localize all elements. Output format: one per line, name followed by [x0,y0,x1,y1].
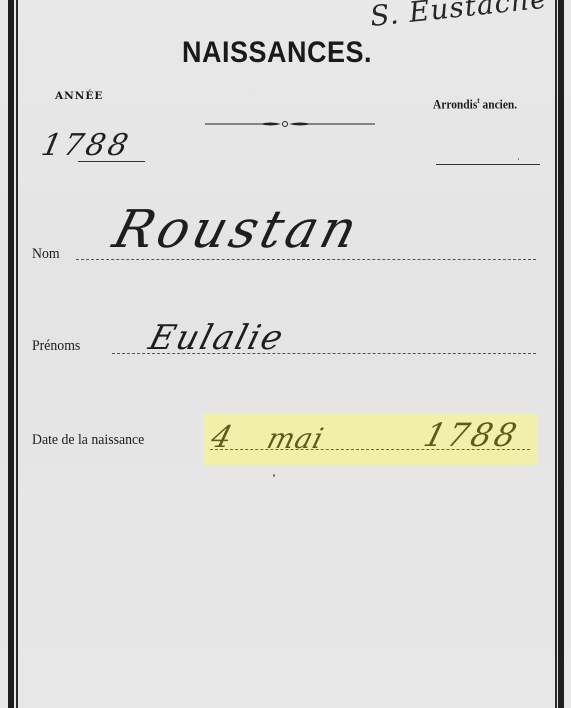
prenoms-label: Prénoms [32,338,80,355]
left-border-thin [16,0,18,708]
date-month-handwritten: mai [264,422,328,455]
left-border-thick [8,0,14,708]
arrondissement-blank-line [436,164,540,165]
page-title: NAISSANCES. [182,36,372,69]
nom-label: Nom [32,246,60,263]
arrondissement-label: Arrondist ancien. [433,96,517,112]
year-label: ANNÉE [55,90,103,102]
nom-value-handwritten: Roustan [107,200,367,260]
year-underline [78,161,145,162]
prenoms-value-handwritten: Eulalie [145,318,289,358]
paper-speck [518,158,519,160]
date-year-handwritten: 1788 [420,416,524,454]
right-border-thin [555,0,557,708]
parish-name-handwritten: S. Eustache [369,0,550,33]
birth-record-card: S. Eustache NAISSANCES. ANNÉE Arrondist … [0,0,571,708]
ornament-divider-icon [205,119,375,129]
arrondissement-label-text: Arrondis [433,96,477,111]
arrondissement-label-suffix: ancien. [480,96,518,111]
year-value-handwritten: 1788 [38,128,134,163]
right-border-thick [558,0,564,708]
paper-speck [273,474,275,477]
date-naissance-label: Date de la naissance [32,432,144,449]
